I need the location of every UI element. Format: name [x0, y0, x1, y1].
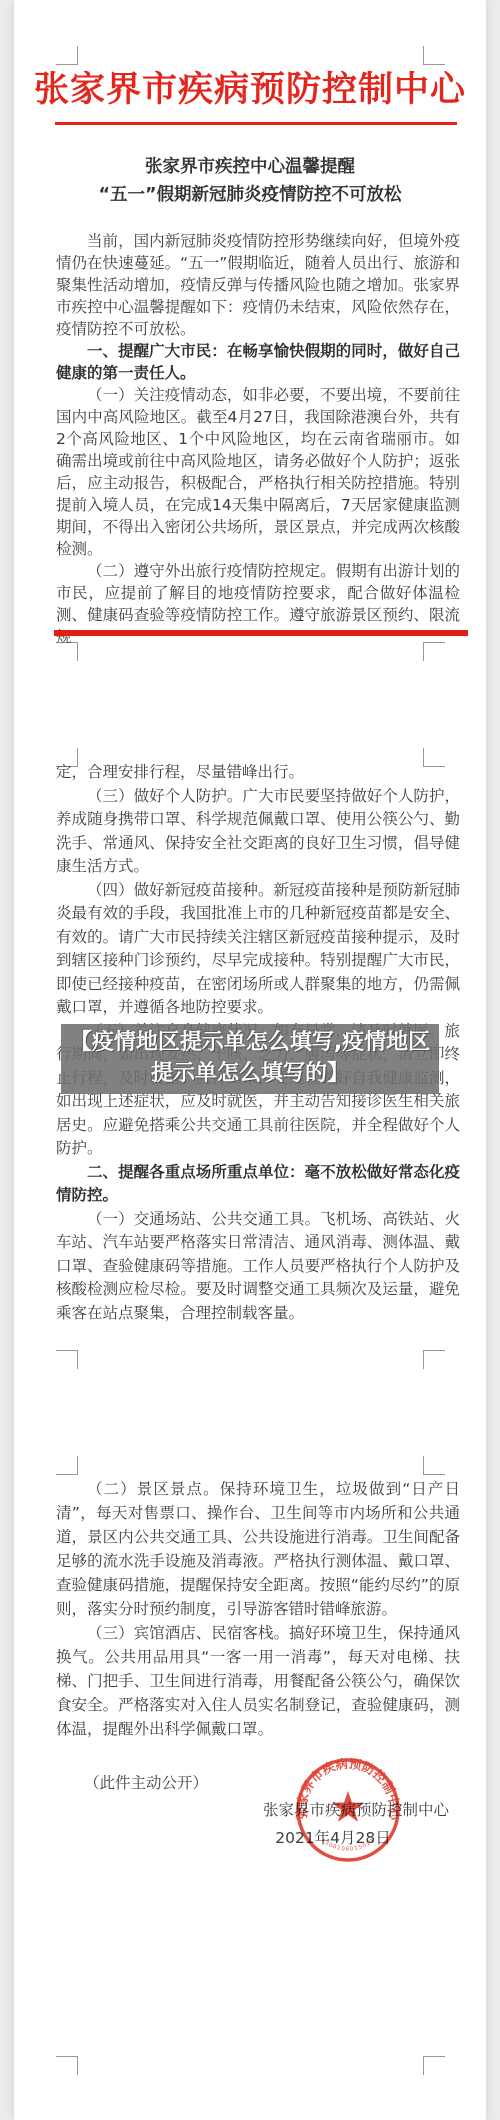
watermark-overlay: 【疫情地区提示单怎么填写,疫情地区 提示单怎么填写的】 — [61, 1024, 439, 1094]
crop-mark-page2-bottom-left — [56, 1350, 78, 1369]
paragraph: （一）交通场站、公共交通工具。飞机场、高铁站、火车站、汽车站要严格落实日常清洁、… — [56, 1208, 460, 1326]
paragraph: 当前，国内新冠肺炎疫情防控形势继续向好，但境外疫情仍在快速蔓延。“五一”假期临近… — [56, 230, 460, 340]
crop-mark-page3-bottom-left — [56, 2056, 78, 2075]
paragraph: 定，合理安排行程，尽量错峰出行。 — [56, 761, 460, 785]
org-header: 张家界市疾病预防控制中心 — [0, 62, 500, 112]
page1-highlight-bar — [54, 630, 468, 636]
paragraph: 一、提醒广大市民：在畅享愉快假期的同时，做好自己健康的第一责任人。 — [56, 340, 460, 384]
crop-mark-page3-top-left — [56, 1456, 78, 1475]
paragraph: （二）景区景点。保持环境卫生，垃圾做到“日产日清”，每天对售票口、操作台、卫生间… — [56, 1477, 460, 1621]
paragraph: （三）做好个人防护。广大市民要坚持做好个人防护，养成随身携带口罩、科学规范佩戴口… — [56, 785, 460, 879]
crop-mark-page3-bottom-right — [423, 2056, 445, 2075]
signature-org: 张家界市疾病预防控制中心 — [250, 1798, 462, 1820]
watermark-line1: 【疫情地区提示单怎么填写,疫情地区 — [61, 1027, 439, 1058]
crop-mark-page3-top-right — [423, 1456, 445, 1475]
watermark-line2: 提示单怎么填写的】 — [61, 1058, 439, 1089]
crop-mark-page2-bottom-right — [423, 1350, 445, 1369]
paragraph: （四）做好新冠疫苗接种。新冠疫苗接种是预防新冠肺炎最有效的手段，我国批准上市的几… — [56, 879, 460, 1020]
paragraph: （一）关注疫情动态，如非必要，不要出境，不要前往国内中高风险地区。截至4月27日… — [56, 384, 460, 560]
doc-title: 张家界市疾控中心温馨提醒 “五一”假期新冠肺炎疫情防控不可放松 — [0, 153, 500, 209]
paragraph: （三）宾馆酒店、民宿客栈。搞好环境卫生，保持通风换气。公共用品用具“一客一用一消… — [56, 1621, 460, 1741]
doc-title-line2: “五一”假期新冠肺炎疫情防控不可放松 — [0, 181, 500, 209]
closing-note: （此件主动公开） — [84, 1771, 208, 1793]
doc-title-line1: 张家界市疾控中心温馨提醒 — [0, 153, 500, 181]
page3-body: （二）景区景点。保持环境卫生，垃圾做到“日产日清”，每天对售票口、操作台、卫生间… — [56, 1477, 460, 1741]
document-canvas: 张家界市疾病预防控制中心 张家界市疾控中心温馨提醒 “五一”假期新冠肺炎疫情防控… — [0, 0, 500, 2120]
page1-body: 当前，国内新冠肺炎疫情防控形势继续向好，但境外疫情仍在快速蔓延。“五一”假期临近… — [56, 230, 460, 648]
header-divider — [55, 122, 457, 125]
signature-date: 2021年4月28日 — [250, 1826, 416, 1848]
paragraph: 二、提醒各重点场所重点单位：毫不放松做好常态化疫情防控。 — [56, 1161, 460, 1208]
